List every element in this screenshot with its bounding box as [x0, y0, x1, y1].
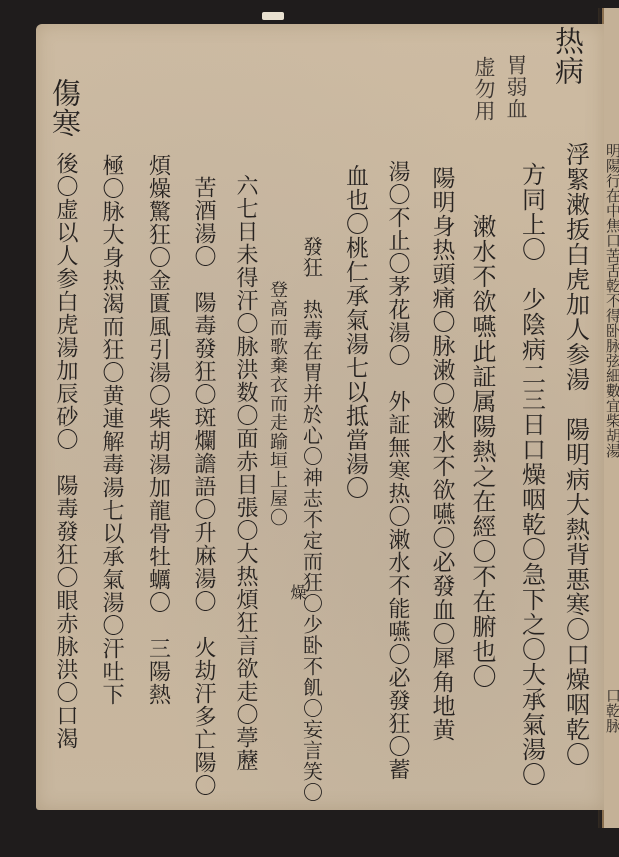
side-note-line-1: 胃弱血	[504, 54, 528, 120]
adjacent-page-edge: 明陽行在中焦口苦舌乾不得卧脉弦細數宜柴胡湯 口乾脉	[602, 8, 619, 828]
page-tear	[262, 12, 284, 20]
side-note-line-2: 虚勿用	[472, 56, 496, 122]
text-column-9: 苦酒湯〇 陽毒發狂〇斑爛譫語〇升麻湯〇 火劫汗多亡陽〇	[192, 176, 214, 797]
text-column-4: 陽明身热頭痛〇脉潄〇潄水不欲嚥〇必發血〇犀角地黄	[429, 166, 454, 742]
text-column-5: 湯〇不止〇茅花湯〇 外証無寒热〇潄水不能嚥〇必發狂〇蓄	[386, 160, 409, 781]
adjacent-page-text-2: 口乾脉	[605, 688, 619, 768]
text-column-2: 方同上〇 少陰病二三日口燥咽乾〇急下之〇大承氣湯〇	[518, 162, 544, 787]
marginal-insertion: 燥	[288, 584, 306, 601]
manuscript-page: 热病 胃弱血 虚勿用 傷寒 浮緊潄㧞白虎加人参湯 陽明病大熱背悪寒〇口燥咽乾〇 …	[36, 24, 604, 810]
text-column-10: 煩燥驚狂〇金匱風引湯〇柴胡湯加龍骨牡蠣〇 三陽熱	[146, 154, 169, 706]
text-column-1: 浮緊潄㧞白虎加人参湯 陽明病大熱背悪寒〇口燥咽乾〇	[561, 142, 589, 767]
text-column-8: 六七日未得汗〇脉洪数〇面赤目張〇大热煩狂言欲走〇葶藶	[234, 174, 256, 772]
text-column-11: 極〇脉大身热渴而狂〇黄連解毒湯七以承氣湯〇汗吐下	[100, 154, 122, 706]
adjacent-page-text: 明陽行在中焦口苦舌乾不得卧脉弦細數宜柴胡湯	[605, 143, 619, 703]
heading-febrile-disease: 热病	[553, 26, 583, 86]
text-column-6: 血也〇桃仁承氣湯七以抵當湯〇	[342, 164, 367, 500]
text-column-3: 潄水不欲嚥此証属陽熱之在經〇不在腑也〇	[468, 214, 495, 689]
text-column-7b: 登高而歌棄衣而走踰垣上屋〇	[268, 280, 287, 527]
text-column-7: 發狂 热毒在胃并於心〇神志不定而狂〇少卧不飢〇妄言笑〇	[300, 236, 322, 803]
text-column-12: 後〇虚以人参白虎湯加辰砂〇 陽毒發狂〇眼赤脉洪〇口渴	[54, 152, 76, 750]
heading-cold-damage: 傷寒	[50, 78, 80, 138]
